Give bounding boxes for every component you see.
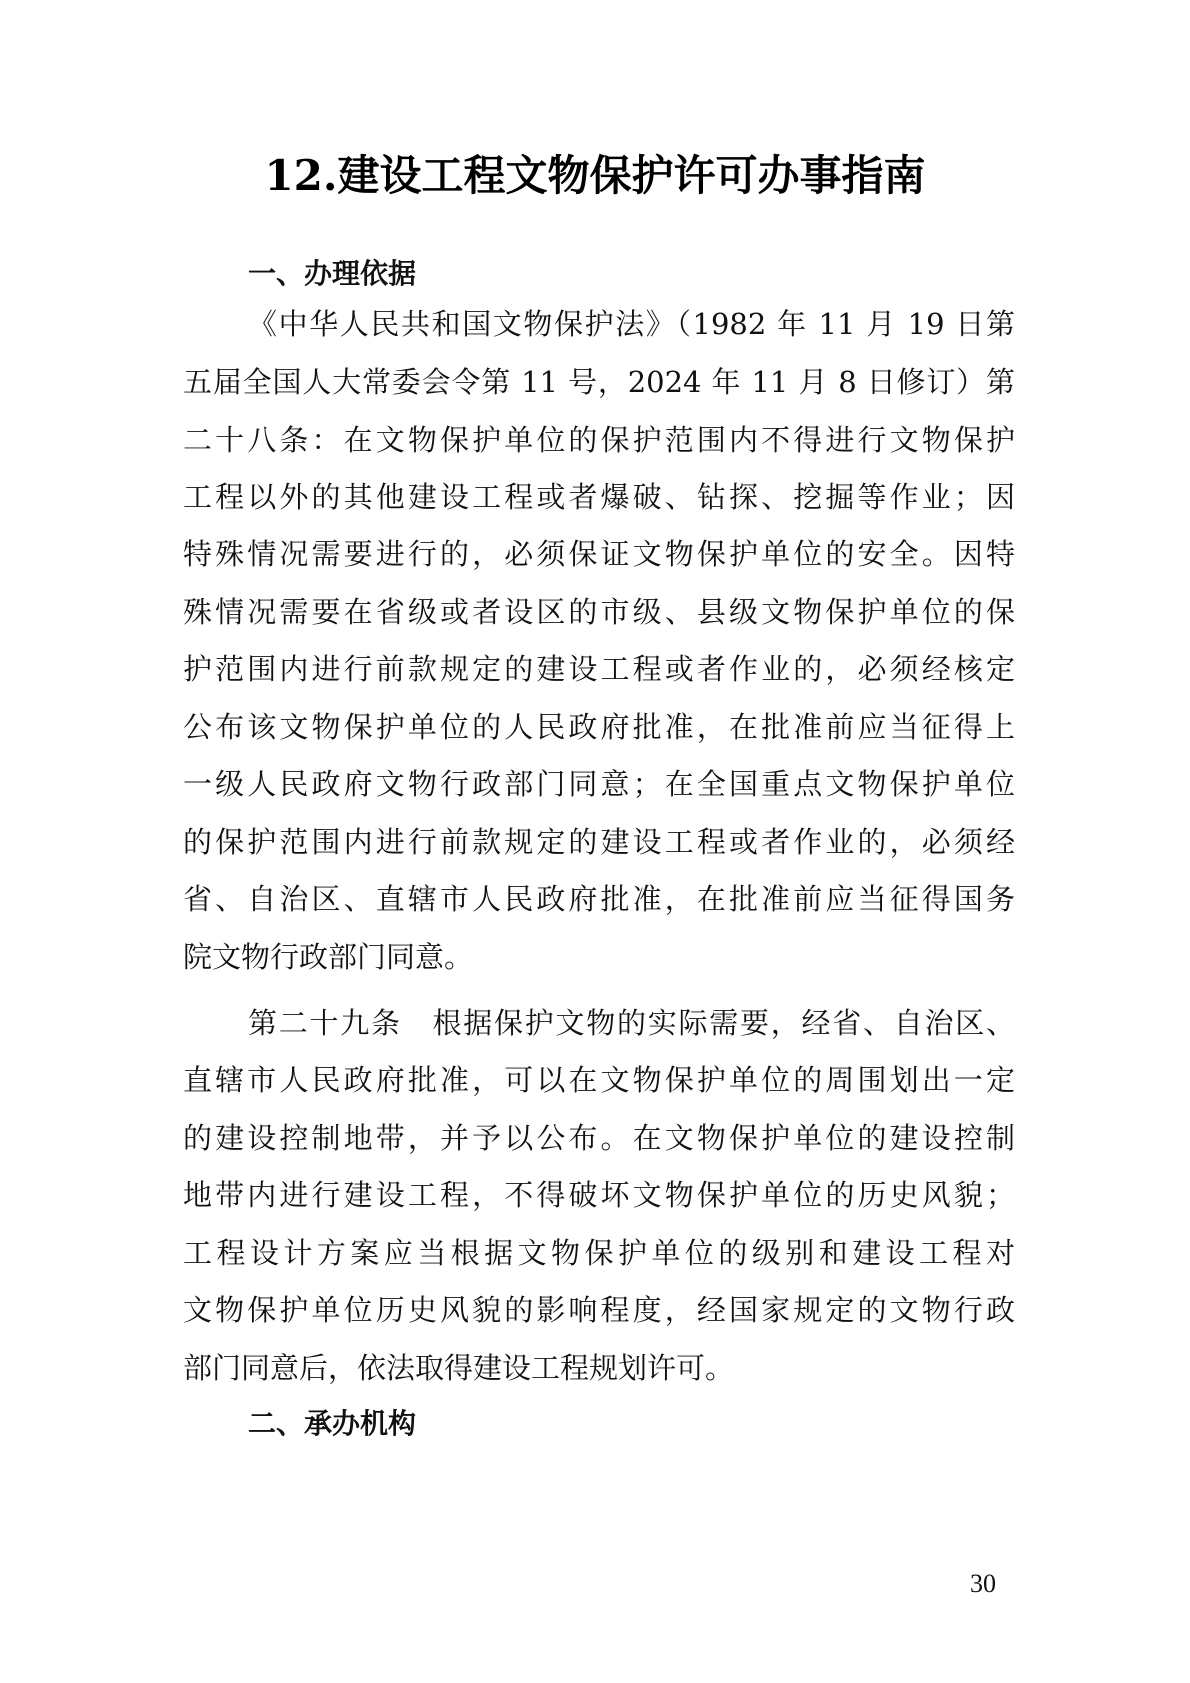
text-line: 特殊情况需要进行的，必须保证文物保护单位的安全。因特 [183,534,1015,574]
text-line: 部门同意后，依法取得建设工程规划许可。 [183,1348,1015,1388]
text-line: 直辖市人民政府批准，可以在文物保护单位的周围划出一定 [183,1060,1015,1100]
section-heading-agency: 二、承办机构 [248,1404,416,1444]
section-heading-basis: 一、办理依据 [248,254,416,294]
text-line: 一级人民政府文物行政部门同意；在全国重点文物保护单位 [183,764,1015,804]
text-line: 工程以外的其他建设工程或者爆破、钻探、挖掘等作业；因 [183,477,1015,517]
text-line: 地带内进行建设工程，不得破坏文物保护单位的历史风貌； [183,1175,1015,1215]
text-line: 二十八条：在文物保护单位的保护范围内不得进行文物保护 [183,420,1015,460]
text-line: 文物保护单位历史风貌的影响程度，经国家规定的文物行政 [183,1290,1015,1330]
page-number: 30 [970,1568,996,1600]
text-line: 五届全国人大常委会令第 11 号，2024 年 11 月 8 日修订）第 [183,362,1015,402]
text-line: 《中华人民共和国文物保护法》（1982 年 11 月 19 日第 [248,304,1015,344]
text-line: 院文物行政部门同意。 [183,937,1015,977]
text-line: 工程设计方案应当根据文物保护单位的级别和建设工程对 [183,1233,1015,1273]
text-line: 殊情况需要在省级或者设区的市级、县级文物保护单位的保 [183,592,1015,632]
text-line: 护范围内进行前款规定的建设工程或者作业的，必须经核定 [183,649,1015,689]
text-line: 公布该文物保护单位的人民政府批准，在批准前应当征得上 [183,707,1015,747]
text-line: 第二十九条 根据保护文物的实际需要，经省、自治区、 [248,1003,1015,1043]
text-line: 省、自治区、直辖市人民政府批准，在批准前应当征得国务 [183,879,1015,919]
text-line: 的保护范围内进行前款规定的建设工程或者作业的，必须经 [183,822,1015,862]
text-line: 的建设控制地带，并予以公布。在文物保护单位的建设控制 [183,1118,1015,1158]
page-title: 12.建设工程文物保护许可办事指南 [0,148,1190,204]
document-page: 12.建设工程文物保护许可办事指南 一、办理依据 《中华人民共和国文物保护法》（… [0,0,1190,1683]
